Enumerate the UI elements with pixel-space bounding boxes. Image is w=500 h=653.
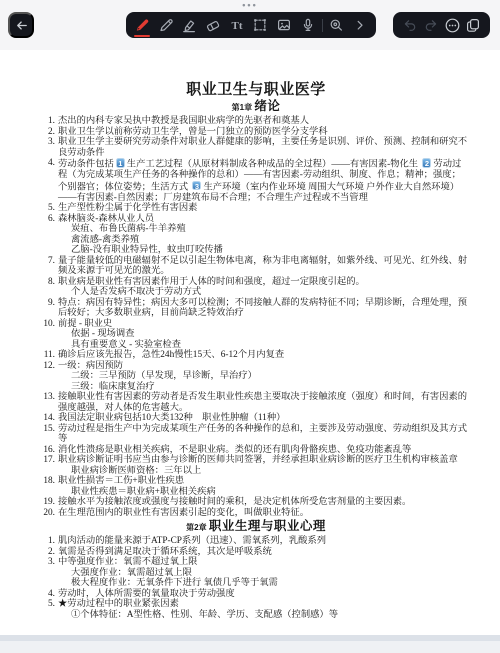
item-number: 2. <box>42 127 58 138</box>
item-text: 职业病诊断证明书应当由参与诊断的医师共同签署，并经承担职业病诊断的医疗卫生机构审… <box>58 455 470 466</box>
item-number: 4. <box>42 158 58 203</box>
note-subline: 乙脑-没有职业特异性，蚊虫叮咬传播 <box>71 245 470 256</box>
item-text: 森林脑炎-森林从业人员 <box>58 214 470 225</box>
item-number: 5. <box>42 203 58 214</box>
note-item: 14.我国法定职业病包括10大类132种 职业性肿瘤（11种） <box>42 413 470 424</box>
note-item: 7.量子能量较低的电磁辐射不足以引起生物体电离，称为非电离辐射，如紫外线、可见光… <box>42 256 470 277</box>
note-subline: 二级：三早预防（早发现，早诊断，早治疗） <box>71 371 470 382</box>
note-subline: 炭疽、布鲁氏菌病-牛羊养殖 <box>71 224 470 235</box>
note-item: 5.★劳动过程中的职业紧张因素①个体特征：A型性格、性别、年龄、学历、支配感（控… <box>42 599 470 620</box>
tool-undo-button[interactable] <box>400 12 420 38</box>
item-text: 接触水平为接触浓度或强度与接触时间的乘积，是决定机体所受危害剂量的主要因素。 <box>58 497 470 508</box>
item-number: 8. <box>42 277 58 298</box>
item-text: 职业卫生学主要研究劳动条件对职业人群健康的影响，主要任务是识别、评价、预测、控制… <box>58 137 470 158</box>
tool-redo-button[interactable] <box>421 12 441 38</box>
pencil-icon <box>158 17 174 33</box>
note-list: 1.杰出的内科专家吴执中教授是我国职业病学的先驱者和奠基人2.职业卫生学以前称劳… <box>42 116 470 518</box>
chapter-title: 绪论 <box>254 99 280 113</box>
back-arrow-icon <box>14 18 29 33</box>
tool-more-button[interactable] <box>442 12 462 38</box>
item-text: 特点：病因有特异性；病因大多可以检测；不同接触人群的发病特征不同；早期诊断，合理… <box>58 298 470 319</box>
svg-text:Tt: Tt <box>231 20 242 32</box>
tool-highlighter-button[interactable] <box>179 12 199 38</box>
item-number: 1. <box>42 116 58 127</box>
note-item: 19.接触水平为接触浓度或强度与接触时间的乘积，是决定机体所受危害剂量的主要因素… <box>42 497 470 508</box>
note-item: 17.职业病诊断证明书应当由参与诊断的医师共同签署，并经承担职业病诊断的医疗卫生… <box>42 455 470 476</box>
item-text: 劳动时，人体所需要的氧量取决于劳动强度 <box>58 589 470 600</box>
action-group <box>393 12 490 38</box>
item-number: 14. <box>42 413 58 424</box>
undo-icon <box>402 17 418 33</box>
note-item: 13.接触职业性有害因素的劳动者是否发生职业性疾患主要取决于接触浓度（强度）和时… <box>42 392 470 413</box>
window-drag-handle[interactable]: ••• <box>0 1 500 9</box>
item-text: 劳动过程是指生产中为完成某项生产任务的各种操作的总和，主要涉及劳动强度、劳动组织… <box>58 424 470 445</box>
tool-pencil-button[interactable] <box>156 12 176 38</box>
note-item: 16.消化性溃疡是职业相关疾病，不是职业病。类似的还有肌肉骨骼疾患、免疫功能紊乱… <box>42 445 470 456</box>
note-item: 15.劳动过程是指生产中为完成某项生产任务的各种操作的总和，主要涉及劳动强度、劳… <box>42 424 470 445</box>
item-number: 7. <box>42 256 58 277</box>
tool-lasso-button[interactable] <box>250 12 270 38</box>
note-page-canvas[interactable]: 职业卫生与职业医学 第1章 绪论1.杰出的内科专家吴执中教授是我国职业病学的先驱… <box>0 50 500 635</box>
tool-eraser-button[interactable] <box>203 12 223 38</box>
item-number: 11. <box>42 350 58 361</box>
more-tools-icon <box>352 17 368 33</box>
tool-image-button[interactable] <box>274 12 294 38</box>
note-item: 3.职业卫生学主要研究劳动条件对职业人群健康的影响，主要任务是识别、评价、预测、… <box>42 137 470 158</box>
item-text: 在生理范围内的职业性有害因素引起的变化，叫做职业特征。 <box>58 508 470 519</box>
chapter-heading: 第1章 绪论 <box>42 99 470 115</box>
redo-icon <box>423 17 439 33</box>
note-item: 2.职业卫生学以前称劳动卫生学，曾是一门独立的预防医学分支学科 <box>42 127 470 138</box>
item-number: 18. <box>42 476 58 497</box>
item-number: 9. <box>42 298 58 319</box>
item-text: 职业病是职业性有害因素作用于人体的时间和强度，超过一定限度引起的。 <box>58 277 470 288</box>
item-text: 肌肉活动的能量来源于ATP-CP系列（迅速）、需氧系列，乳酸系列 <box>58 536 470 547</box>
tool-pen-button[interactable] <box>132 12 152 38</box>
note-item: 12.一级：病因预防二级：三早预防（早发现，早诊断，早治疗）三级：临床康复治疗 <box>42 361 470 393</box>
pages-icon <box>465 17 481 33</box>
note-subline: 大强度作业：氧需超过氧上限 <box>71 568 470 579</box>
note-item: 20.在生理范围内的职业性有害因素引起的变化，叫做职业特征。 <box>42 508 470 519</box>
note-item: 11.确诊后应该先报告，急性24h慢性15天、6-12个月内复查 <box>42 350 470 361</box>
pen-icon <box>134 17 150 33</box>
note-item: 4.劳动时，人体所需要的氧量取决于劳动强度 <box>42 589 470 600</box>
item-text: 前提 - 职业史 <box>58 319 470 330</box>
item-number: 17. <box>42 455 58 476</box>
note-item: 3.中等强度作业：氧需不超过氧上限大强度作业：氧需超过氧上限极大程度作业：无氧条… <box>42 557 470 589</box>
tool-microphone-button[interactable] <box>298 12 318 38</box>
note-item: 9.特点：病因有特异性；病因大多可以检测；不同接触人群的发病特征不同；早期诊断，… <box>42 298 470 319</box>
note-subline: 禽流感-禽类养殖 <box>71 235 470 246</box>
chapter-title: 职业生理与职业心理 <box>209 519 326 533</box>
item-text: 职业卫生学以前称劳动卫生学，曾是一门独立的预防医学分支学科 <box>58 127 470 138</box>
note-list: 1.肌肉活动的能量来源于ATP-CP系列（迅速）、需氧系列，乳酸系列2.氧需是否… <box>42 536 470 620</box>
item-text: ★劳动过程中的职业紧张因素 <box>58 599 470 610</box>
item-number: 3. <box>42 137 58 158</box>
numbered-badge-icon: 2 <box>422 158 431 168</box>
toolbar-divider <box>322 19 323 32</box>
item-number: 20. <box>42 508 58 519</box>
note-subline: ①个体特征：A型性格、性别、年龄、学历、支配感（控制感）等 <box>71 610 470 621</box>
note-subline: 三级：临床康复治疗 <box>71 382 470 393</box>
chapter-heading: 第2章 职业生理与职业心理 <box>42 519 470 535</box>
more-icon <box>444 17 461 34</box>
item-number: 12. <box>42 361 58 393</box>
tape-icon <box>328 17 344 33</box>
item-number: 1. <box>42 536 58 547</box>
note-item: 4.劳动条件包括1生产工艺过程（从原材料制成各种成品的全过程）——有害因素-物化… <box>42 158 470 203</box>
item-text: 中等强度作业：氧需不超过氧上限 <box>58 557 470 568</box>
item-text: 氧需是否得到满足取决于循环系统，其次是呼吸系统 <box>58 547 470 558</box>
item-number: 13. <box>42 392 58 413</box>
item-number: 6. <box>42 214 58 256</box>
chapter-number: 第2章 <box>186 523 209 532</box>
tool-pages-button[interactable] <box>463 12 483 38</box>
item-number: 3. <box>42 557 58 589</box>
note-subline: 职业性疾患＝职业病+职业相关疾病 <box>71 487 470 498</box>
item-text: 量子能量较低的电磁辐射不足以引起生物体电离，称为非电离辐射，如紫外线、可见光、红… <box>58 256 470 277</box>
note-item: 6.森林脑炎-森林从业人员炭疽、布鲁氏菌病-牛羊养殖禽流感-禽类养殖乙脑-没有职… <box>42 214 470 256</box>
item-text: 杰出的内科专家吴执中教授是我国职业病学的先驱者和奠基人 <box>58 116 470 127</box>
numbered-badge-icon: 1 <box>116 158 125 168</box>
note-subline: 个人是否发病不取决于劳动方式 <box>71 287 470 298</box>
item-text: 生产型性粉尘属于化学性有害因素 <box>58 203 470 214</box>
note-item: 1.肌肉活动的能量来源于ATP-CP系列（迅速）、需氧系列，乳酸系列 <box>42 536 470 547</box>
note-subline: 极大程度作业：无氧条件下进行 氧债几乎等于氧需 <box>71 578 470 589</box>
highlighter-icon <box>181 17 197 33</box>
item-text: 劳动条件包括1生产工艺过程（从原材料制成各种成品的全过程）——有害因素-物化生 … <box>58 158 470 203</box>
note-item: 8.职业病是职业性有害因素作用于人体的时间和强度，超过一定限度引起的。个人是否发… <box>42 277 470 298</box>
item-number: 19. <box>42 497 58 508</box>
item-number: 2. <box>42 547 58 558</box>
background-area <box>0 641 500 653</box>
active-tool-indicator <box>134 35 150 37</box>
item-number: 10. <box>42 319 58 351</box>
chapter-number: 第1章 <box>232 103 255 112</box>
item-text: 我国法定职业病包括10大类132种 职业性肿瘤（11种） <box>58 413 470 424</box>
note-title: 职业卫生与职业医学 <box>42 81 470 98</box>
item-number: 16. <box>42 445 58 456</box>
note-content: 职业卫生与职业医学 第1章 绪论1.杰出的内科专家吴执中教授是我国职业病学的先驱… <box>0 50 500 620</box>
microphone-icon <box>300 17 316 33</box>
note-subline: 具有重要意义 - 实验室检查 <box>71 340 470 351</box>
item-text: 职业性损害＝工伤+职业性疾患 <box>58 476 470 487</box>
item-text: 一级：病因预防 <box>58 361 470 372</box>
item-text: 接触职业性有害因素的劳动者是否发生职业性疾患主要取决于接触浓度（强度）和时间，有… <box>58 392 470 413</box>
item-number: 4. <box>42 589 58 600</box>
eraser-icon <box>205 17 221 33</box>
tool-tape-button[interactable] <box>326 12 346 38</box>
item-text: 消化性溃疡是职业相关疾病，不是职业病。类似的还有肌肉骨骼疾患、免疫功能紊乱等 <box>58 445 470 456</box>
lasso-icon <box>252 17 268 33</box>
image-icon <box>276 17 292 33</box>
note-subline: 职业病诊断医师资格：三年以上 <box>71 466 470 477</box>
item-number: 15. <box>42 424 58 445</box>
tool-text-button[interactable]: Tt <box>227 12 247 38</box>
tool-group: Tt <box>126 12 376 38</box>
note-item: 18.职业性损害＝工伤+职业性疾患职业性疾患＝职业病+职业相关疾病 <box>42 476 470 497</box>
back-button[interactable] <box>8 12 34 38</box>
note-item: 2.氧需是否得到满足取决于循环系统，其次是呼吸系统 <box>42 547 470 558</box>
note-item: 5.生产型性粉尘属于化学性有害因素 <box>42 203 470 214</box>
note-item: 1.杰出的内科专家吴执中教授是我国职业病学的先驱者和奠基人 <box>42 116 470 127</box>
tool-more-tools-button[interactable] <box>350 12 370 38</box>
text-icon: Tt <box>229 17 245 33</box>
note-subline: 依据 - 现场调查 <box>71 329 470 340</box>
notes-app-window: ••• Tt 职业卫生与职业医学 第1章 绪论1.杰出的内科专家吴执中教授是我国… <box>0 0 500 653</box>
numbered-badge-icon: 3 <box>192 181 201 191</box>
item-number: 5. <box>42 599 58 620</box>
note-item: 10.前提 - 职业史依据 - 现场调查具有重要意义 - 实验室检查 <box>42 319 470 351</box>
item-text: 确诊后应该先报告，急性24h慢性15天、6-12个月内复查 <box>58 350 470 361</box>
